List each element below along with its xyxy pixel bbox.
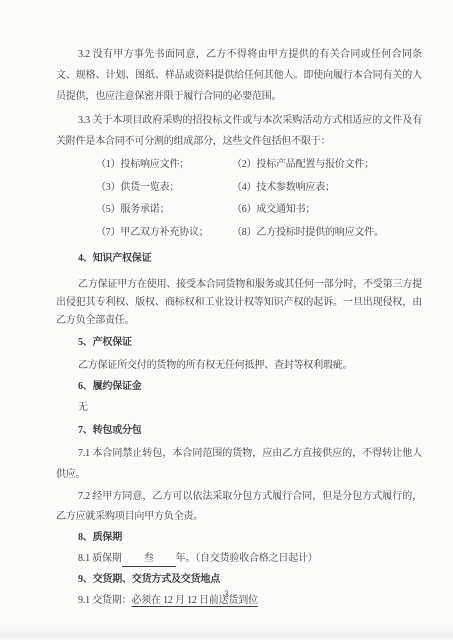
clause-4: 乙方保证甲方在使用、接受本合同货物和服务或其任何一部分时，不受第三方提出侵犯其专… [56,276,422,330]
clause-7-1: 7.1 本合同禁止转包，本合同范围的货物，应由乙方直接供应的，不得转让他人供应。 [56,443,422,485]
section-heading-7: 7、转包或分包 [56,420,422,441]
document-page: 3.2 没有甲方事先书面同意，乙方不得将由甲方提供的有关合同或任何合同条文、规格… [0,0,453,640]
clause-3-2: 3.2 没有甲方事先书面同意，乙方不得将由甲方提供的有关合同或任何合同条文、规格… [56,44,422,107]
warranty-years-blank: 叁 [122,552,176,567]
clause-5: 乙方保证所交付的货物的所有权无任何抵押、查封等权利瑕疵。 [56,355,422,376]
attachment-row: （3）供货一览表； （4）技术参数响应表； [56,177,422,200]
clause-6: 无 [56,397,422,418]
attachment-item-4: （4）技术参数响应表； [232,177,335,200]
warranty-suffix: 年。（自交货验收合格之日起计） [176,553,318,564]
attachment-row: （7）甲乙双方补充协议； （8）乙方投标时提供的响应文件。 [56,222,422,245]
section-heading-5: 5、产权保证 [56,332,422,353]
clause-3-3: 3.3 关于本项目政府采购的招投标文件或与本次采购活动方式相适应的文件及有关附件… [56,110,422,152]
attachment-item-8: （8）乙方投标时提供的响应文件。 [232,222,384,245]
page-number: 3 [0,589,453,599]
attachment-list: （1）投标响应文件； （2）投标产品配置与报价文件； （3）供货一览表； （4）… [56,154,422,244]
attachment-item-2: （2）投标产品配置与报价文件； [232,154,374,177]
section-heading-4: 4、知识产权保证 [56,248,422,269]
attachment-item-6: （6）成交通知书； [232,199,315,222]
clause-7-2: 7.2 经甲方同意，乙方可以依法采取分包方式履行合同，但是分包方式履行的，乙方应… [56,487,422,527]
attachment-item-5: （5）服务承诺； [96,199,232,222]
clause-8-1: 8.1 质保期叁年。（自交货验收合格之日起计） [56,548,422,569]
contract-body: 3.2 没有甲方事先书面同意，乙方不得将由甲方提供的有关合同或任何合同条文、规格… [56,44,422,611]
attachment-item-7: （7）甲乙双方补充协议； [96,222,232,245]
warranty-prefix: 8.1 质保期 [78,553,122,564]
section-heading-6: 6、履约保证金 [56,376,422,397]
attachment-item-1: （1）投标响应文件； [96,154,232,177]
attachment-item-3: （3）供货一览表； [96,177,232,200]
attachment-row: （1）投标响应文件； （2）投标产品配置与报价文件； [56,154,422,177]
section-heading-8: 8、质保期 [56,527,422,548]
section-heading-9: 9、交货期、交货方式及交货地点 [56,569,422,590]
attachment-row: （5）服务承诺； （6）成交通知书； [56,199,422,222]
